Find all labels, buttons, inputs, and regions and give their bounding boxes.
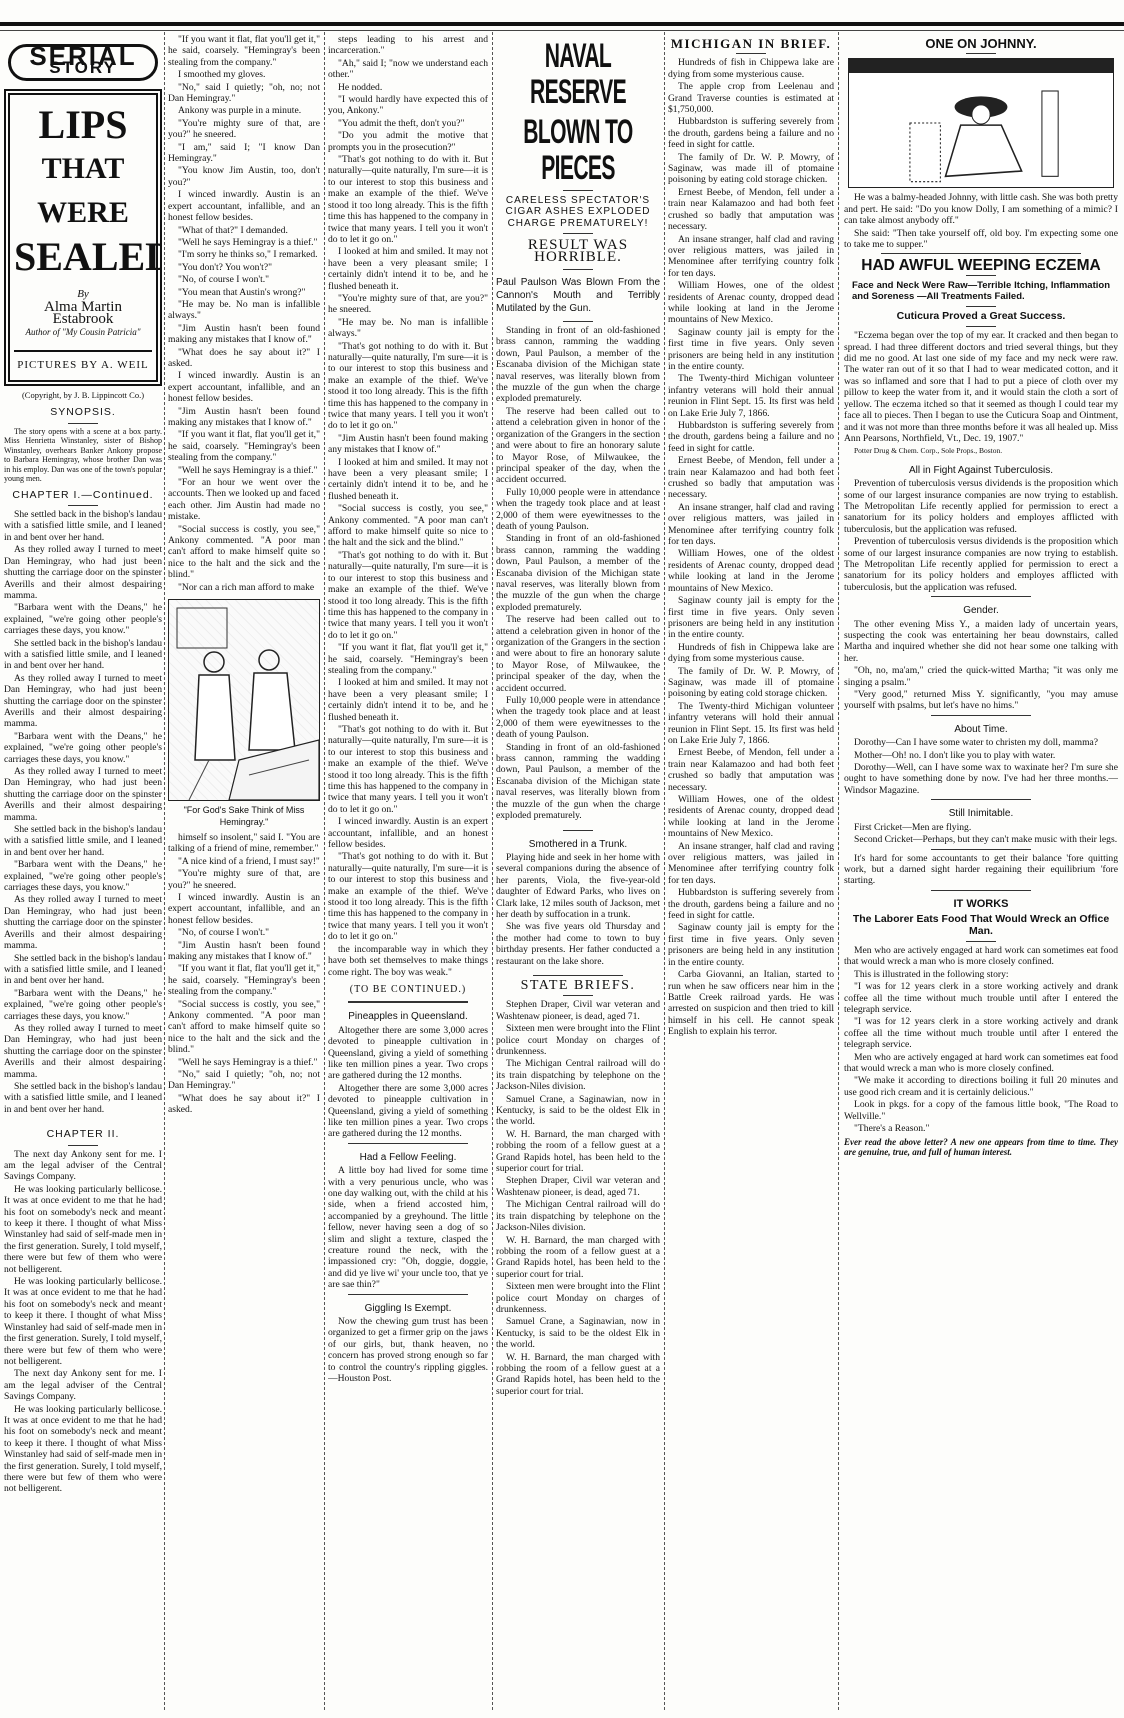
paragraph: "Jim Austin hasn't been found making any… [168, 406, 320, 429]
divider [68, 423, 98, 424]
column-serial-story: SERIAL STORY LIPS THAT WERE SEALED By Al… [4, 34, 162, 1710]
paragraph: I looked at him and smiled. It may not h… [328, 677, 488, 723]
paragraph: "You mean that Austin's wrong?" [168, 287, 320, 298]
paragraph: "That's got nothing to do with it. But n… [328, 550, 488, 641]
newspaper-page: SERIAL STORY LIPS THAT WERE SEALED By Al… [0, 0, 1124, 1718]
paragraph: "Oh, no, ma'am," cried the quick-witted … [844, 665, 1118, 688]
paragraph: "You admit the theft, don't you?" [328, 118, 488, 129]
column-divider [324, 32, 326, 1710]
paragraph: "If you want it flat, flat you'll get it… [168, 963, 320, 997]
paragraph: "Social success is costly, you see," Ank… [328, 503, 488, 549]
illustrator-credit: PICTURES BY A. WEIL [14, 350, 152, 371]
brief-item: Saginaw county jail is empty for the fir… [668, 595, 834, 641]
paragraph: As they rolled away I turned to meet Dan… [4, 544, 162, 601]
paragraph: "Jim Austin hasn't been found making any… [168, 323, 320, 346]
paragraph: The next day Ankony sent for me. I am th… [4, 1149, 162, 1183]
brief-item: Hubbardston is suffering severely from t… [668, 420, 834, 454]
paragraph: "Barbara went with the Deans," he explai… [4, 988, 162, 1022]
to-be-continued: (TO BE CONTINUED.) [328, 984, 488, 995]
paragraph: I smoothed my gloves. [168, 69, 320, 80]
paragraph: Second Cricket—Perhaps, but they can't m… [844, 834, 1118, 845]
paragraph: Fully 10,000 people were in attendance w… [496, 695, 660, 741]
paragraph: "Very good," returned Miss Y. significan… [844, 689, 1118, 712]
paragraph: A little boy had lived for some time wit… [328, 1165, 488, 1290]
paragraph: This is illustrated in the following sto… [844, 969, 1118, 980]
smothered-headline: Smothered in a Trunk. [496, 839, 660, 850]
column-divider [664, 32, 666, 1710]
paragraph: Now the chewing gum trust has been organ… [328, 1316, 488, 1384]
brief-item: Hubbardston is suffering severely from t… [668, 116, 834, 150]
naval-result-headline: RESULT WAS HORRIBLE. [496, 240, 660, 263]
brief-item: Ernest Beebe, of Mendon, fell under a tr… [668, 187, 834, 233]
state-briefs-headline: STATE BRIEFS. [496, 980, 660, 991]
eczema-headline: HAD AWFUL WEEPING ECZEMA [844, 260, 1118, 271]
paragraph: "Social success is costly, you see," Ank… [168, 524, 320, 581]
paragraph: As they rolled away I turned to meet Dan… [4, 673, 162, 730]
paragraph: "Jim Austin hasn't been found making any… [328, 433, 488, 456]
paragraph: "There's a Reason." [844, 1123, 1118, 1134]
paragraph: Dorothy—Can I have some water to christe… [844, 737, 1118, 748]
paragraph: I winced inwardly. Austin is an expert a… [168, 370, 320, 404]
brief-item: The family of Dr. W. P. Mowry, of Sagina… [668, 666, 834, 700]
paragraph: "You're mighty sure of that, are you?" h… [168, 118, 320, 141]
michigan-brief-headline: MICHIGAN IN BRIEF. [668, 38, 834, 49]
state-brief-item: W. H. Barnard, the man charged with robb… [496, 1352, 660, 1398]
paragraph: "He may be. No man is infallible always.… [168, 299, 320, 322]
author-credit: Author of "My Cousin Patricia" [14, 327, 152, 338]
paragraph: He was looking particularly bellicose. I… [4, 1404, 162, 1495]
paragraph: Altogether there are some 3,000 acres de… [328, 1025, 488, 1082]
paragraph: "I am," said I; "I know Dan Hemingray." [168, 142, 320, 165]
divider [931, 596, 1031, 597]
paragraph: "Well he says Hemingray is a thief." [168, 1057, 320, 1068]
paragraph: She settled back in the bishop's landau … [4, 1081, 162, 1115]
paragraph: "What does he say about it?" I asked. [168, 347, 320, 370]
eczema-deck: Face and Neck Were Raw—Terrible Itching,… [852, 280, 1110, 302]
brief-item: Hubbardston is suffering severely from t… [668, 887, 834, 921]
paragraph: I looked at him and smiled. It may not h… [328, 246, 488, 292]
brief-item: Carba Giovanni, an Italian, started to r… [668, 969, 834, 1037]
fellow-feeling-headline: Had a Fellow Feeling. [328, 1152, 488, 1163]
it-works-footer: Ever read the above letter? A new one ap… [844, 1137, 1118, 1157]
story-title-box: LIPS THAT WERE SEALED By Alma Martin Est… [4, 89, 162, 386]
story-illustration [168, 599, 320, 801]
state-brief-item: W. H. Barnard, the man charged with robb… [496, 1129, 660, 1175]
column-divider [492, 32, 494, 1710]
paragraph: He was a balmy-headed Johnny, with littl… [844, 192, 1118, 226]
brief-item: William Howes, one of the oldest residen… [668, 280, 834, 326]
paragraph: "You're mighty sure of that, are you?" h… [328, 293, 488, 316]
paragraph: Men who are actively engaged at hard wor… [844, 1052, 1118, 1075]
state-brief-item: Stephen Draper, Civil war veteran and Wa… [496, 1175, 660, 1198]
naval-subdeck: Paul Paulson Was Blown From the Cannon's… [496, 276, 660, 315]
column-features: ONE ON JOHNNY. He was a balmy-headed Joh… [844, 34, 1118, 1710]
column-story-continued: "If you want it flat, flat you'll get it… [168, 34, 320, 1710]
brief-item: The apple crop from Leelenau and Grand T… [668, 81, 834, 115]
brief-item: Ernest Beebe, of Mendon, fell under a tr… [668, 747, 834, 793]
divider [563, 269, 593, 270]
paragraph: I looked at him and smiled. It may not h… [328, 457, 488, 503]
column-naval-reserve: NAVAL RESERVE BLOWN TO PIECES CARELESS S… [496, 34, 660, 1710]
state-brief-item: Sixteen men were brought into the Flint … [496, 1281, 660, 1315]
column-divider [838, 32, 840, 1710]
paragraph: The other evening Miss Y., a maiden lady… [844, 619, 1118, 665]
paragraph: She settled back in the bishop's landau … [4, 953, 162, 987]
state-brief-item: Samuel Crane, a Saginawian, now in Kentu… [496, 1094, 660, 1128]
paragraph: "We make it according to directions boil… [844, 1075, 1118, 1098]
masthead-rule [0, 22, 1124, 26]
brief-item: The family of Dr. W. P. Mowry, of Sagina… [668, 152, 834, 186]
paragraph: Look in pkgs. for a copy of the famous l… [844, 1099, 1118, 1122]
divider [931, 799, 1031, 800]
paragraph: First Cricket—Men are flying. [844, 822, 1118, 833]
gender-headline: Gender. [844, 605, 1118, 616]
author-name: Alma Martin Estabrook [14, 302, 152, 325]
brief-item: Saginaw county jail is empty for the fir… [668, 922, 834, 968]
paragraph: The reserve had been called out to atten… [496, 406, 660, 486]
paragraph: "What does he say about it?" I asked. [168, 1093, 320, 1116]
paragraph: "He may be. No man is infallible always.… [328, 317, 488, 340]
paragraph: "That's got nothing to do with it. But n… [328, 154, 488, 245]
divider [533, 975, 623, 976]
divider [966, 275, 996, 276]
it-works-headline: IT WORKS [844, 899, 1118, 910]
paragraph: "You're mighty sure of that, are you?" h… [168, 868, 320, 891]
serial-story-banner: SERIAL STORY [8, 44, 158, 81]
brief-item: An insane stranger, half clad and raving… [668, 234, 834, 280]
paragraph: Prevention of tuberculosis versus divide… [844, 536, 1118, 593]
divider [881, 253, 1081, 254]
divider [563, 190, 593, 191]
paragraph: I winced inwardly. Austin is an expert a… [168, 892, 320, 926]
paragraph: I winced inwardly. Austin is an expert a… [168, 189, 320, 223]
paragraph: Prevention of tuberculosis versus divide… [844, 478, 1118, 535]
synopsis-heading: SYNOPSIS. [4, 407, 162, 418]
paragraph: She was five years old Thursday and the … [496, 921, 660, 967]
paragraph: "Barbara went with the Deans," he explai… [4, 602, 162, 636]
illustration-caption: "For God's Sake Think of Miss Hemingray.… [168, 805, 320, 828]
paragraph: Playing hide and seek in her home with s… [496, 852, 660, 920]
paragraph: steps leading to his arrest and incarcer… [328, 34, 488, 57]
divider [931, 715, 1031, 716]
paragraph: As they rolled away I turned to meet Dan… [4, 766, 162, 823]
column-story-end: steps leading to his arrest and incarcer… [328, 34, 488, 1710]
divider [931, 890, 1031, 891]
state-brief-item: W. H. Barnard, the man charged with robb… [496, 1235, 660, 1281]
state-brief-item: Samuel Crane, a Saginawian, now in Kentu… [496, 1316, 660, 1350]
paragraph: He nodded. [328, 82, 488, 93]
advertiser-credit: Potter Drug & Chem. Corp., Sole Props., … [844, 445, 1118, 456]
divider [966, 306, 996, 307]
paragraph: "Jim Austin hasn't been found making any… [168, 940, 320, 963]
paragraph: "Nor can a rich man afford to make [168, 582, 320, 593]
paragraph: "No, of course I won't." [168, 274, 320, 285]
paragraph: He was looking particularly bellicose. I… [4, 1184, 162, 1275]
paragraph: "Well he says Hemingray is a thief." [168, 237, 320, 248]
divider [931, 849, 1031, 850]
paragraph: The reserve had been called out to atten… [496, 614, 660, 694]
paragraph: himself so insolent," said I. "You are t… [168, 832, 320, 855]
copyright-line: (Copyright, by J. B. Lippincott Co.) [4, 390, 162, 401]
divider [563, 233, 593, 234]
divider [563, 321, 593, 322]
paragraph: Standing in front of an old-fashioned br… [496, 325, 660, 405]
brief-item: Hundreds of fish in Chippewa lake are dy… [668, 642, 834, 665]
brief-item: William Howes, one of the oldest residen… [668, 794, 834, 840]
paragraph: She settled back in the bishop's landau … [4, 824, 162, 858]
brief-item: William Howes, one of the oldest residen… [668, 548, 834, 594]
divider [68, 1145, 98, 1146]
paragraph: "You know Jim Austin, too, don't you?" [168, 165, 320, 188]
paragraph: "No, of course I won't." [168, 927, 320, 938]
woman-seated-cartoon-icon [849, 59, 1113, 187]
paragraph: It's hard for some accountants to get th… [844, 853, 1118, 887]
inimitable-headline: Still Inimitable. [844, 808, 1118, 819]
divider [736, 53, 766, 54]
paragraph: "That's got nothing to do with it. But n… [328, 851, 488, 942]
divider [966, 326, 996, 327]
brief-item: An insane stranger, half clad and raving… [668, 502, 834, 548]
state-brief-item: Stephen Draper, Civil war veteran and Wa… [496, 999, 660, 1022]
paragraph: "Do you admit the motive that prompts yo… [328, 130, 488, 153]
paragraph: "That's got nothing to do with it. But n… [328, 341, 488, 432]
brief-item: Ernest Beebe, of Mendon, fell under a tr… [668, 455, 834, 501]
divider [966, 941, 996, 942]
paragraph: "What of that?" I demanded. [168, 225, 320, 236]
cuticura-subhead: Cuticura Proved a Great Success. [844, 311, 1118, 322]
paragraph: She said: "Then take yourself off, old b… [844, 228, 1118, 251]
state-brief-item: The Michigan Central railroad will do it… [496, 1058, 660, 1092]
paragraph: As they rolled away I turned to meet Dan… [4, 894, 162, 951]
pineapples-headline: Pineapples in Queensland. [328, 1011, 488, 1022]
paragraph: Men who are actively engaged at hard wor… [844, 945, 1118, 968]
paragraph: the incomparable way in which they have … [328, 944, 488, 978]
synopsis-text: The story opens with a scene at a box pa… [4, 427, 162, 484]
paragraph: "If you want it flat, flat you'll get it… [168, 429, 320, 463]
paragraph: "Barbara went with the Deans," he explai… [4, 731, 162, 765]
paragraph: "Eczema began over the top of my ear. It… [844, 330, 1118, 444]
tuberculosis-headline: All in Fight Against Tuberculosis. [844, 465, 1118, 476]
paragraph: "That's got nothing to do with it. But n… [328, 724, 488, 815]
paragraph: She settled back in the bishop's landau … [4, 638, 162, 672]
naval-headline-line-1: NAVAL RESERVE [502, 38, 653, 110]
paragraph: She settled back in the bishop's landau … [4, 509, 162, 543]
paragraph: Ankony was purple in a minute. [168, 105, 320, 116]
paragraph: The next day Ankony sent for me. I am th… [4, 1368, 162, 1402]
story-title-line-3: SEALED [14, 235, 152, 279]
johnny-headline: ONE ON JOHNNY. [844, 38, 1118, 49]
paragraph: "I'm sorry he thinks so," I remarked. [168, 249, 320, 260]
paragraph: Dorothy—Well, can I have some wax to wax… [844, 762, 1118, 796]
paragraph: "No," said I quietly; "oh, no; not Dan H… [168, 1069, 320, 1092]
paragraph: Standing in front of an old-fashioned br… [496, 742, 660, 822]
paragraph: "I was for 12 years clerk in a store wor… [844, 1016, 1118, 1050]
chapter-1-heading: CHAPTER I.—Continued. [4, 490, 162, 501]
paragraph: "Well he says Hemingray is a thief." [168, 465, 320, 476]
about-time-headline: About Time. [844, 724, 1118, 735]
divider [68, 505, 98, 506]
paragraph: "For an hour we went over the accounts. … [168, 477, 320, 523]
divider [348, 1294, 468, 1295]
divider [563, 830, 593, 831]
paragraph: "If you want it flat, flat you'll get it… [168, 34, 320, 68]
paragraph: "I was for 12 years clerk in a store wor… [844, 981, 1118, 1015]
paragraph: Altogether there are some 3,000 acres de… [328, 1083, 488, 1140]
paragraph: Fully 10,000 people were in attendance w… [496, 487, 660, 533]
brief-item: Hundreds of fish in Chippewa lake are dy… [668, 57, 834, 80]
chapter-2-heading: CHAPTER II. [4, 1129, 162, 1140]
paragraph: I winced inwardly. Austin is an expert a… [328, 816, 488, 850]
paragraph: "Ah," said I; "now we understand each ot… [328, 58, 488, 81]
giggling-headline: Giggling Is Exempt. [328, 1303, 488, 1314]
divider [966, 53, 996, 54]
paragraph: "I would hardly have expected this of yo… [328, 94, 488, 117]
paragraph: "A nice kind of a friend, I must say!" [168, 856, 320, 867]
divider [348, 1001, 468, 1003]
paragraph: "No," said I quietly; "oh, no; not Dan H… [168, 82, 320, 105]
brief-item: The Twenty-third Michigan volunteer infa… [668, 373, 834, 419]
naval-deck: CARELESS SPECTATOR'S CIGAR ASHES EXPLODE… [496, 195, 660, 229]
story-title-line-2: THAT WERE [14, 147, 152, 235]
divider [563, 995, 593, 996]
brief-item: The Twenty-third Michigan volunteer infa… [668, 701, 834, 747]
paragraph: "If you want it flat, flat you'll get it… [328, 642, 488, 676]
paragraph: "You don't? You won't?" [168, 262, 320, 273]
masthead-rule-thin [0, 30, 1124, 31]
column-michigan-brief: MICHIGAN IN BRIEF. Hundreds of fish in C… [668, 34, 834, 1710]
paragraph: "Barbara went with the Deans," he explai… [4, 859, 162, 893]
paragraph: Mother—Oh! no. I don't like you to play … [844, 750, 1118, 761]
it-works-subhead: The Laborer Eats Food That Would Wreck a… [844, 914, 1118, 937]
naval-headline-line-2: BLOWN TO PIECES [502, 114, 653, 186]
divider [348, 1143, 468, 1144]
brief-item: Saginaw county jail is empty for the fir… [668, 327, 834, 373]
paragraph: He was looking particularly bellicose. I… [4, 1276, 162, 1367]
brief-item: An insane stranger, half clad and raving… [668, 841, 834, 887]
paragraph: "Social success is costly, you see," Ank… [168, 999, 320, 1056]
paragraph: Standing in front of an old-fashioned br… [496, 533, 660, 613]
state-brief-item: The Michigan Central railroad will do it… [496, 1199, 660, 1233]
state-brief-item: Sixteen men were brought into the Flint … [496, 1023, 660, 1057]
story-title-line-1: LIPS [14, 103, 152, 147]
paragraph: As they rolled away I turned to meet Dan… [4, 1023, 162, 1080]
two-men-office-illustration-icon [169, 600, 319, 800]
column-divider [164, 32, 166, 1710]
johnny-cartoon [848, 58, 1114, 188]
